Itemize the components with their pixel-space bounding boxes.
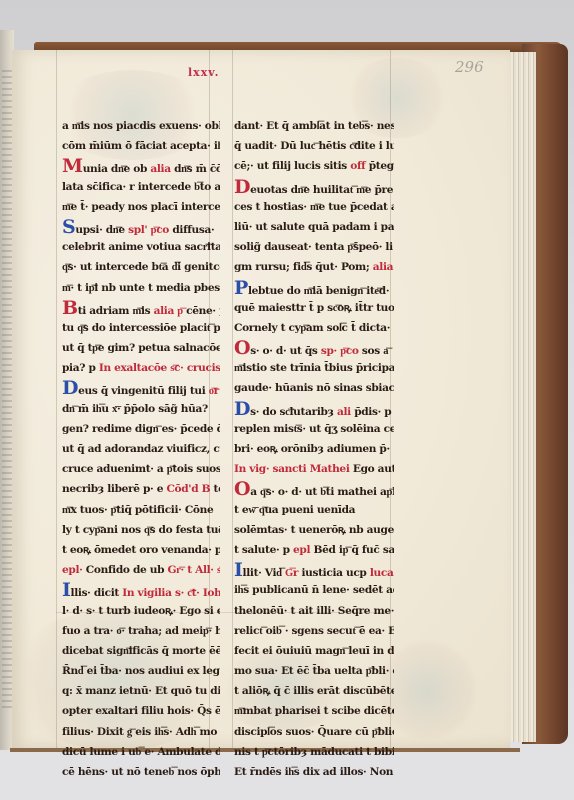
decorated-initial: S	[62, 217, 75, 237]
line-text: Et r̄ndēs ih͞s dix ad illos· Non	[234, 766, 393, 778]
text-line: cruce aduenimt· a p͞tois suos·	[62, 459, 220, 479]
text-line: tu q͞s do intercessiōe placit͞ pia q͞s·	[62, 318, 220, 338]
line-text: fecit ei ōuiuiū magn͞ leuī in do	[234, 645, 394, 657]
line-text: llis· dicit	[71, 587, 123, 599]
rubric-text: ali	[337, 406, 351, 418]
text-line: m͞· t ip͞i nb unte t media pbest et	[62, 278, 220, 298]
decorated-initial: D	[234, 399, 250, 419]
line-text: diffusa·	[169, 224, 214, 236]
decorated-initial: D	[234, 177, 250, 197]
text-line: necribȝ liberē p· e Cōd'd B tor	[62, 479, 220, 499]
text-line: epl· Confido de ub Gr͞· t All· s͞cs͞·	[62, 560, 220, 580]
text-line: filius· Dixit g͞ eis ih͞s· Adh͞ mo	[62, 722, 220, 742]
text-line: gaude· hūanis nō sinas sbiace·	[234, 378, 394, 398]
text-line: opter exaltari filiu hois· Q̄s ē iste	[62, 701, 220, 721]
text-line: a m͞is nos piacdis exuens· obla	[62, 116, 220, 136]
text-line: Deus q̄ vingenitū filij tui o͞r	[62, 378, 220, 398]
text-line: celebrit anime votiua sacr͞ita· pia	[62, 237, 220, 257]
text-line: Et r̄ndēs ih͞s dix ad illos· Non	[234, 762, 394, 782]
text-line: In vig· sancti Mathei Ego aut· o͞r	[234, 459, 394, 479]
line-text: fuo a tra· o͞· traha; ad meip͞· hoc aū	[62, 625, 220, 637]
text-line: R̄nd͞ ei t̄ba· nos audiui ex lege·	[62, 661, 220, 681]
rubric-text: Gr͞· t All· s͞cs͞·	[167, 564, 220, 576]
rubric-text: off	[350, 160, 365, 172]
text-line: discipl͞os suos· Q̄uare cū p͞blica	[234, 722, 394, 742]
text-line: Illit· Vid͞ G͞r iusticia ucp luca	[234, 560, 394, 580]
line-text: llit· Vid͞	[243, 567, 285, 579]
line-text: R̄nd͞ ei t̄ba· nos audiui ex lege·	[62, 665, 220, 677]
rubric-text: alia	[150, 163, 170, 175]
line-text: quē maiesttr t̄ p sc͞oꝶ it̄tr tuoꝶ	[234, 302, 394, 314]
facing-page-text-ghost	[2, 70, 12, 710]
text-line: gen? redime dign͞ es· p̄cede q̄pin?	[62, 419, 220, 439]
text-line: t salute· p epl Bēd ip͞ q̄ fuc̄ sap͞	[234, 540, 394, 560]
line-text: t ew͞ q͞ua pueni uenīda	[234, 504, 355, 516]
line-text: dn͞ m̄ ih͞u x͞· p̄p̄olo sāg̃ hūa?	[62, 403, 208, 415]
text-line: cē;· ut filij lucis sitis off p̄tege s͞c	[234, 156, 394, 176]
text-line: relict͞ oib͞ · sgens secut͞ ē ea· Et	[234, 621, 394, 641]
line-text: ut q̄ tp͞e gim? petua salnacōe oi	[62, 342, 220, 354]
rubric-text: epl	[293, 544, 310, 556]
line-text: tor	[210, 483, 220, 495]
line-text: liū· ut salute quā padam i padi	[234, 221, 394, 233]
line-text: cēne· p	[183, 305, 220, 317]
rubric-text: alia p͞	[154, 305, 183, 317]
line-text: solēmtas· t uenerōꝶ nb augeat	[234, 524, 394, 536]
line-text: sos a͞	[359, 345, 389, 357]
rubric-text: luca	[370, 567, 394, 579]
decorated-initial: I	[234, 560, 243, 580]
decorated-initial: M	[62, 156, 83, 176]
line-text: cōm m̄iūm ō fāciat acepta· ih͞s x͞	[62, 140, 220, 152]
line-text: m͞mbat pharisei t scibe dicētes ad	[234, 705, 394, 717]
line-text: unia dn͞e ob	[83, 163, 151, 175]
line-text: dn͞s m̄ c̄c̄	[171, 163, 220, 175]
line-text: gen? redime dign͞ es· p̄cede q̄pin?	[62, 423, 220, 435]
text-line: l· d· s· t turb iudeoꝶ· Ego si exaltato	[62, 601, 220, 621]
text-column-b: dant· Et q̄ ambl͞at in teb͞s· nescitq̄ u…	[234, 116, 394, 782]
line-text: p̄tege	[365, 160, 394, 172]
line-text: necribȝ liberē p· e	[62, 483, 166, 495]
text-line: m͞e t̄· peady nos placī̄ intercede·	[62, 197, 220, 217]
line-text: m͞e t̄· peady nos placī̄ intercede·	[62, 201, 220, 213]
text-line: dn͞ m̄ ih͞u x͞· p̄p̄olo sāg̃ hūa?	[62, 399, 220, 419]
line-text: s· do sc͞lutaribȝ	[250, 406, 337, 418]
line-text: t aliōꝶ q̄ c̄ illis erāt discūbētes· A	[234, 685, 394, 697]
text-line: dant· Et q̄ ambl͞at in teb͞s· nescit	[234, 116, 394, 136]
text-line: ut q̄ tp͞e gim? petua salnacōe oi	[62, 338, 220, 358]
page-block-edges	[506, 52, 536, 742]
line-text: solig̃ dauseat· tenta p͞s̄peō· li	[234, 241, 393, 253]
text-line: ih͞s publicanū n̄ lene· sedēt ad	[234, 580, 394, 600]
text-line: t eoꝶ ōmedet oro venanda· per	[62, 540, 220, 560]
decorated-initial: O	[234, 479, 250, 499]
text-line: pia? p In exaltacōe s͞c· crucis hos aut.	[62, 358, 220, 378]
text-line: q̄ uadit· Dū luc͞ hētis c͞dite i lu	[234, 136, 394, 156]
text-line: ut q̄ ad adorandaz viuificz, cuis	[62, 439, 220, 459]
line-text: dicū lume i ub͞ e· Ambulate dū lu	[62, 746, 220, 758]
decorated-initial: D	[62, 378, 78, 398]
line-text: cē hēns· ut nō teneb͞ nos ōphen	[62, 766, 220, 778]
line-text: Confido de ub	[82, 564, 167, 576]
line-text: mo sua· Et ēc̄ t̄ba uelta p͞bli· coꝶ	[234, 665, 394, 677]
text-line: lata sc̄ifica· r intercede b͞to adiua	[62, 177, 220, 197]
text-line: thelonēū· t ait illi· Seq̄re me· Et	[234, 601, 394, 621]
text-line: nis t p͞ctōribȝ māducati t bibitis·	[234, 742, 394, 762]
line-text: Bēd ip͞ q̄ fuc̄ sap͞	[310, 544, 394, 556]
line-text: ti adriam m͞is	[78, 305, 154, 317]
line-text: l· d· s· t turb iudeoꝶ· Ego si exaltato	[62, 605, 220, 617]
text-line: bri· eoꝶ orōnibȝ adiumen p̄·	[234, 439, 394, 459]
text-line: Os· o· d· ut q̄s sp· p͞co sos a͞	[234, 338, 394, 358]
text-line: t ew͞ q͞ua pueni uenīda	[234, 500, 394, 520]
line-text: nis t p͞ctōribȝ māducati t bibitis·	[234, 746, 394, 758]
line-text: ut q̄ ad adorandaz viuificz, cuis	[62, 443, 220, 455]
pencil-folio-number: 296	[455, 58, 484, 76]
text-line: Supsi· dn͞e spl' p͞co diffusa·	[62, 217, 220, 237]
text-line: Illis· dicit In vigilia s· c͞t· Iohn	[62, 580, 220, 600]
rubric-text: In vigilia s· c͞t· Iohn	[122, 587, 220, 599]
text-line: Deuotas dn͞e huilitat͞ m͞e p̄re	[234, 177, 394, 197]
line-text: ly t cyp͞ani nos q͞s do festa tuē͞at·	[62, 524, 220, 536]
text-line: ly t cyp͞ani nos q͞s do festa tuē͞at·	[62, 520, 220, 540]
line-text: ces t hostias· m͞e tue p̄cedat auri	[234, 201, 394, 213]
ruling-line	[56, 50, 57, 748]
line-text: m͞· t ip͞i nb unte t media pbest et	[62, 282, 220, 294]
line-text: t eoꝶ ōmedet oro venanda· per	[62, 544, 220, 556]
text-line: Bti adriam m͞is alia p͞ cēne· p	[62, 298, 220, 318]
text-line: fecit ei ōuiuiū magn͞ leuī in do	[234, 641, 394, 661]
text-line: quē maiesttr t̄ p sc͞oꝶ it̄tr tuoꝶ	[234, 298, 394, 318]
line-text: euotas dn͞e huilitat͞ m͞e p̄re	[250, 184, 393, 196]
text-line: dicū lume i ub͞ e· Ambulate dū lu	[62, 742, 220, 762]
line-text: q̄ uadit· Dū luc͞ hētis c͞dite i lu	[234, 140, 394, 152]
line-text: celebrit anime votiua sacr͞ita· pia	[62, 241, 220, 253]
text-line: mo sua· Et ēc̄ t̄ba uelta p͞bli· coꝶ	[234, 661, 394, 681]
line-text: m͞x tuos· p͞tiq̄ pōtificii· Cōne	[62, 504, 213, 516]
line-text: filius· Dixit g͞ eis ih͞s· Adh͞ mo	[62, 726, 217, 738]
ruling-line	[232, 50, 233, 748]
line-text: ih͞s publicanū n̄ lene· sedēt ad	[234, 584, 394, 596]
decorated-initial: O	[234, 338, 250, 358]
rubric-text: sp· p͞co	[321, 345, 359, 357]
rubric-text: epl·	[62, 564, 82, 576]
text-line: gm rursu; fid͞s q̄ut· Pom; alia	[234, 257, 394, 277]
line-text: opter exaltari filiu hois· Q̄s ē iste	[62, 705, 220, 717]
line-text: gaude· hūanis nō sinas sbiace·	[234, 382, 394, 394]
line-text: m͞istio ste trīnia t̄bius p̄ricipari	[234, 362, 394, 374]
line-text: relict͞ oib͞ · sgens secut͞ ē ea· Et	[234, 625, 394, 637]
line-text: lebtue do m͞iā benign͞ ite͞d·	[248, 285, 389, 297]
text-line: q͞s· ut intercede bt͞a d͞i genitce ūgie	[62, 257, 220, 277]
line-text: gm rursu; fid͞s q̄ut· Pom;	[234, 261, 373, 273]
text-line: Ds· do sc͞lutaribȝ ali p̄dis· p	[234, 399, 394, 419]
line-text: Cornely t cyp͞am sol͞c t̄̄ dicta·	[234, 322, 390, 334]
line-text: dant· Et q̄ ambl͞at in teb͞s· nescit	[234, 120, 394, 132]
text-line: fuo a tra· o͞· traha; ad meip͞· hoc aū	[62, 621, 220, 641]
line-text: t salute· p	[234, 544, 293, 556]
decorated-initial: B	[62, 298, 78, 318]
text-line: Munia dn͞e ob alia dn͞s m̄ c̄c̄	[62, 156, 220, 176]
text-line: t aliōꝶ q̄ c̄ illis erāt discūbētes· A	[234, 681, 394, 701]
rubric-text: G͞r	[285, 567, 298, 579]
line-text: dicebat sign͞ificās q̄ morte ēēt moritu	[62, 645, 220, 657]
line-text: discipl͞os suos· Q̄uare cū p͞blica	[234, 726, 394, 738]
text-line: cōm m̄iūm ō fāciat acepta· ih͞s x͞	[62, 136, 220, 156]
rubric-text: In exaltacōe s͞c· crucis	[99, 362, 220, 374]
rubric-text: spl' p͞co	[128, 224, 169, 236]
line-text: a m͞is nos piacdis exuens· obla	[62, 120, 220, 132]
line-text: bri· eoꝶ orōnibȝ adiumen p̄·	[234, 443, 390, 455]
text-line: Plebtue do m͞iā benign͞ ite͞d·	[234, 278, 394, 298]
rubric-text: o͞r	[209, 385, 219, 397]
line-text: q͞s· ut intercede bt͞a d͞i genitce ūgie	[62, 261, 220, 273]
rubric-text: Cōd'd B	[166, 483, 210, 495]
text-line: ces t hostias· m͞e tue p̄cedat auri	[234, 197, 394, 217]
line-text: a q͞s· o· d· ut b͞ti mathei ap͞l	[250, 486, 394, 498]
line-text: cē;· ut filij lucis sitis	[234, 160, 350, 172]
line-text: lata sc̄ifica· r intercede b͞to adiua	[62, 181, 220, 193]
text-line: Cornely t cyp͞am sol͞c t̄̄ dicta·	[234, 318, 394, 338]
line-text: thelonēū· t ait illi· Seq̄re me· Et	[234, 605, 394, 617]
line-text: p̄dis· p	[351, 406, 391, 418]
text-line: solig̃ dauseat· tenta p͞s̄peō· li	[234, 237, 394, 257]
running-head-folio-numeral: lxxv.	[188, 66, 219, 79]
decorated-initial: P	[234, 278, 248, 298]
text-line: liū· ut salute quā padam i padi	[234, 217, 394, 237]
line-text: upsi· dn͞e	[75, 224, 128, 236]
text-line: m͞x tuos· p͞tiq̄ pōtificii· Cōne	[62, 500, 220, 520]
text-column-a: a m͞is nos piacdis exuens· oblacōm m̄iūm…	[62, 116, 220, 782]
text-line: cē hēns· ut nō teneb͞ nos ōphen	[62, 762, 220, 782]
text-line: solēmtas· t uenerōꝶ nb augeat	[234, 520, 394, 540]
line-text: s· o· d· ut q̄s	[250, 345, 321, 357]
text-line: Oa q͞s· o· d· ut b͞ti mathei ap͞l	[234, 479, 394, 499]
text-line: replen mist͞s· ut q̄ʒ solēina cele	[234, 419, 394, 439]
line-text: pia? p	[62, 362, 99, 374]
text-line: m͞istio ste trīnia t̄bius p̄ricipari	[234, 358, 394, 378]
line-text: eus q̄ vingenitū filij tui	[78, 385, 209, 397]
decorated-initial: I	[62, 580, 71, 600]
line-text: q: x̄ manz ietnū· Et quō tu dicis·	[62, 685, 220, 697]
text-line: q: x̄ manz ietnū· Et quō tu dicis·	[62, 681, 220, 701]
rubric-text: In vig· sancti Mathei	[234, 463, 350, 475]
line-text: replen mist͞s· ut q̄ʒ solēina cele	[234, 423, 394, 435]
line-text: iusticia ucp	[298, 567, 370, 579]
line-text: Ego aut·	[350, 463, 395, 475]
rubric-text: alia	[373, 261, 393, 273]
text-line: m͞mbat pharisei t scibe dicētes ad	[234, 701, 394, 721]
line-text: tu q͞s do intercessiōe placit͞ pia q͞s·	[62, 322, 220, 334]
text-line: dicebat sign͞ificās q̄ morte ēēt moritu	[62, 641, 220, 661]
line-text: cruce aduenimt· a p͞tois suos·	[62, 463, 220, 475]
